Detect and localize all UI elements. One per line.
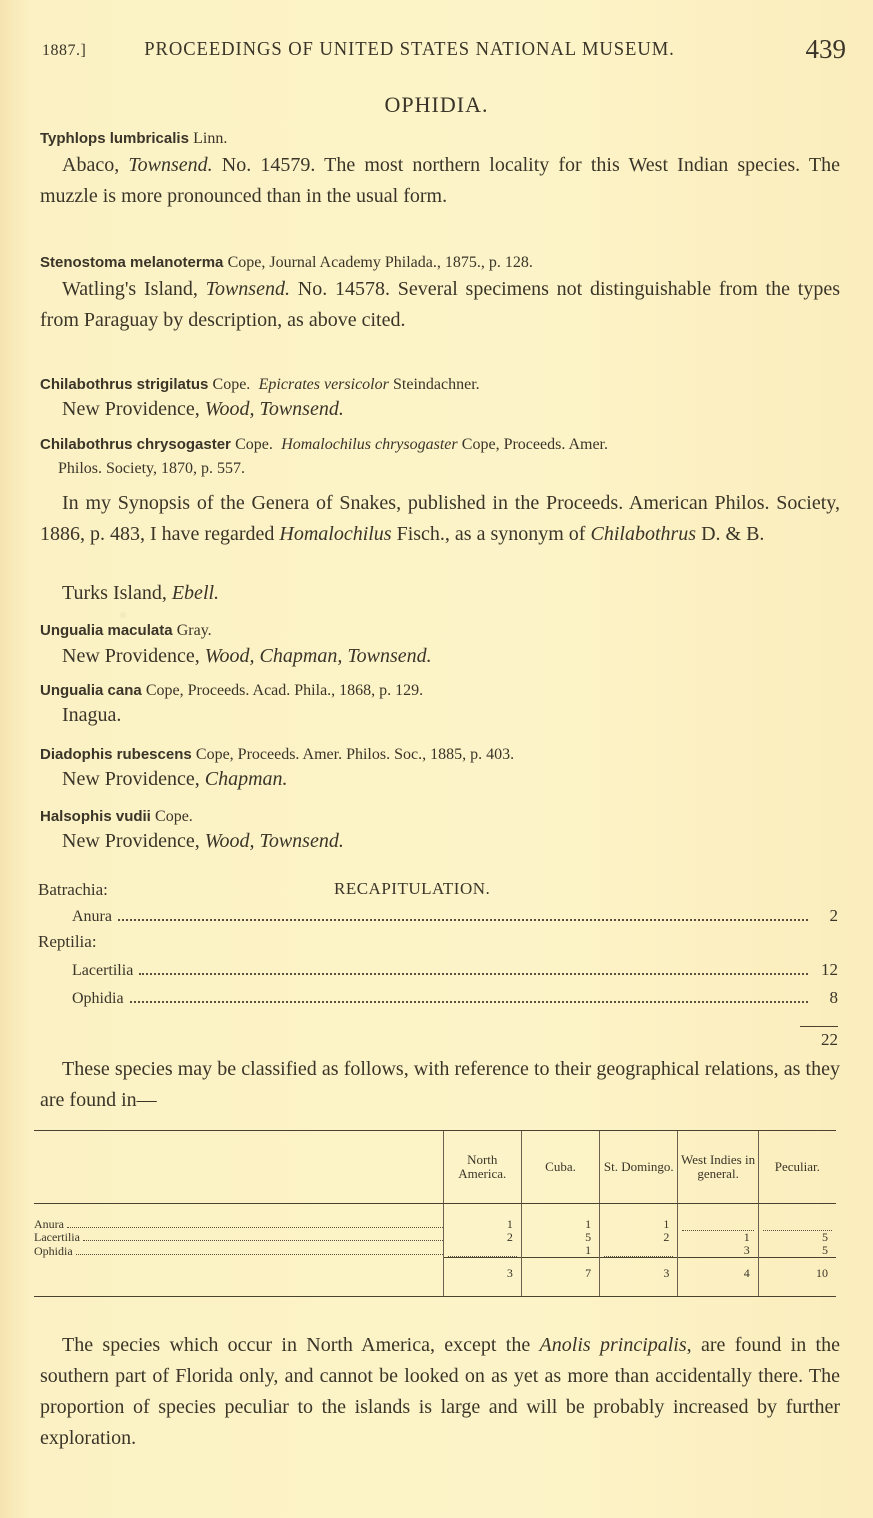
species-authority: Linn. [193,130,227,147]
species-description: Abaco, Townsend. No. 14579. The most nor… [40,150,840,212]
recap-row: Anura 2 [72,906,838,926]
synopsis-paragraph: In my Synopsis of the Genera of Snakes, … [40,488,840,550]
paper-speck [120,612,126,618]
species-name: Halsophis vudii [40,808,151,825]
locality: New Providence, Wood, Townsend. [62,830,344,853]
species-heading: Typhlops lumbricalis Linn. [40,130,227,148]
closing-paragraph: The species which occur in North America… [40,1330,840,1454]
species-name: Chilabothrus chrysogaster [40,436,231,453]
recap-title: RECAPITULATION. [334,879,490,899]
table-row: Lacertilia 2 5 2 1 5 [34,1231,836,1244]
species-description: Watling's Island, Townsend. No. 14578. S… [40,274,840,336]
synonym-name: Epicrates versicolor [259,376,389,393]
species-heading: Diadophis rubescens Cope, Proceeds. Amer… [40,746,514,764]
species-name: Ungualia maculata [40,622,173,639]
locality: New Providence, Wood, Chapman, Townsend. [62,645,432,668]
species-heading: Halsophis vudii Cope. [40,808,193,826]
synonym-name: Homalochilus chrysogaster [281,436,457,453]
locality: Turks Island, Ebell. [62,582,219,605]
leader-dots [139,973,808,975]
species-name: Typhlops lumbricalis [40,130,189,147]
species-name: Diadophis rubescens [40,746,192,763]
header-year: 1887.] [42,42,86,60]
recap-row: Ophidia 8 [72,988,838,1008]
recap-total: 22 [800,1030,838,1050]
empty-cell [443,1244,521,1258]
running-head: 1887.] PROCEEDINGS OF UNITED STATES NATI… [24,34,846,68]
species-name: Ungualia cana [40,682,142,699]
table-totals-row: 3 7 3 4 10 [34,1258,836,1289]
header-north-america: North America. [443,1131,521,1204]
table-header-row: North America. Cuba. St. Domingo. West I… [34,1131,836,1204]
citation-continuation: Philos. Society, 1870, p. 557. [58,460,245,478]
species-heading: Chilabothrus strigilatus Cope. Epicrates… [40,376,480,394]
table-row: Ophidia 1 3 5 [34,1244,836,1258]
total-rule [800,1026,838,1027]
leader-dots [118,919,808,921]
document-page: 1887.] PROCEEDINGS OF UNITED STATES NATI… [0,0,873,1518]
leader-dots [130,1001,808,1003]
header-peculiar: Peculiar. [758,1131,836,1204]
species-heading: Ungualia maculata Gray. [40,622,212,640]
locality: New Providence, Wood, Townsend. [62,398,344,421]
locality: Inagua. [62,704,121,727]
header-cuba: Cuba. [521,1131,599,1204]
recap-row: Lacertilia 12 [72,960,838,980]
header-title: PROCEEDINGS OF UNITED STATES NATIONAL MU… [84,38,735,61]
species-heading: Chilabothrus chrysogaster Cope. Homaloch… [40,436,608,454]
species-authority: Cope, Journal Academy Philada., 1875., p… [228,254,533,271]
header-st-domingo: St. Domingo. [600,1131,678,1204]
recap-group-label: Reptilia: [38,932,97,952]
table-row: Anura 1 1 1 [34,1218,836,1231]
page-number: 439 [806,34,847,65]
geographic-distribution-table: North America. Cuba. St. Domingo. West I… [34,1130,836,1297]
header-west-indies: West Indies in general. [678,1131,758,1204]
classification-intro: These species may be classified as follo… [40,1054,840,1116]
section-title: OPHIDIA. [0,92,873,118]
header-cell [34,1131,443,1204]
recap-group-label: Batrachia: [38,880,108,900]
species-heading: Stenostoma melanoterma Cope, Journal Aca… [40,254,533,272]
locality: New Providence, Chapman. [62,768,288,791]
species-heading: Ungualia cana Cope, Proceeds. Acad. Phil… [40,682,423,700]
empty-cell [600,1244,678,1258]
species-name: Chilabothrus strigilatus [40,376,208,393]
species-name: Stenostoma melanoterma [40,254,223,271]
species-reference: Anolis principalis [540,1334,687,1356]
